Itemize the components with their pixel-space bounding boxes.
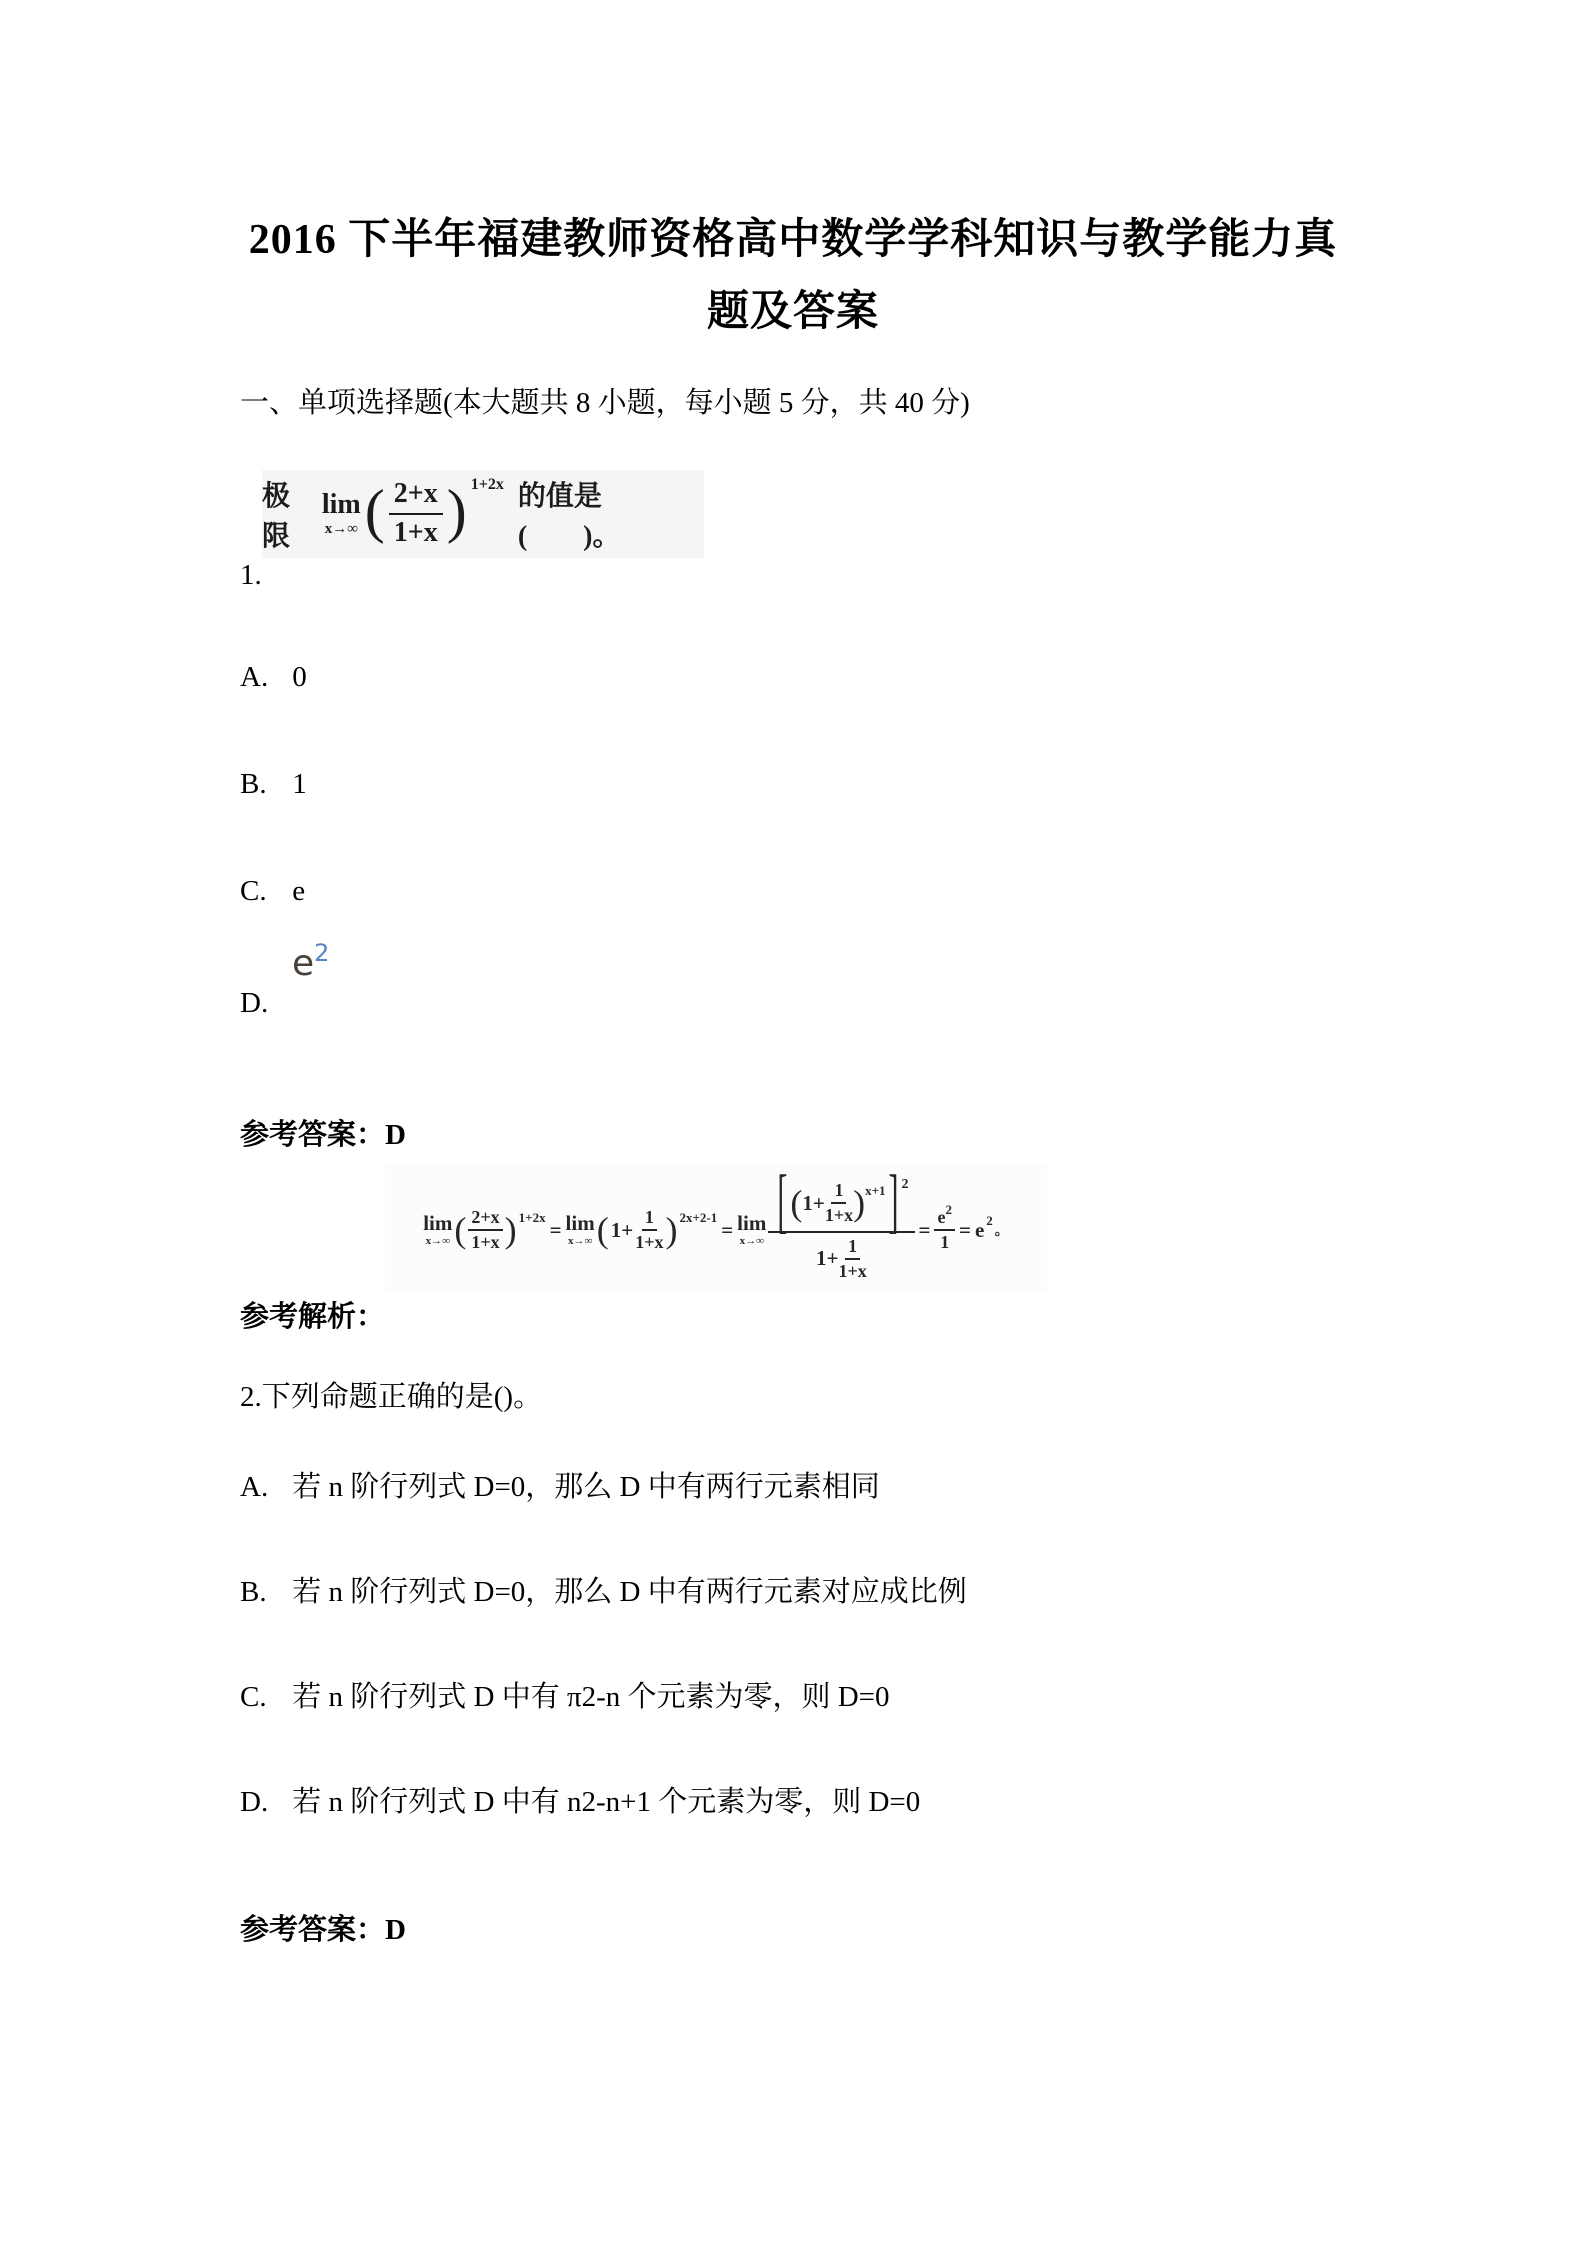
q1-option-a: A. 0 bbox=[240, 660, 307, 694]
q1-analysis-label: 参考解析： bbox=[240, 1300, 385, 1334]
q1-option-d-value-image: e2 bbox=[292, 946, 329, 982]
solution-term3: lim x→∞ [ ( 1+ 1 1+x ) x+1 ] 2 bbox=[737, 1179, 914, 1281]
fraction-numerator: 1 bbox=[845, 1237, 860, 1260]
q1-option-d: D. bbox=[240, 986, 285, 1020]
fraction: 2+x 1+x bbox=[389, 479, 443, 549]
result-base: e bbox=[975, 1218, 984, 1243]
left-bracket: [ bbox=[777, 1174, 787, 1232]
page-title-line-2: 题及答案 bbox=[0, 276, 1586, 348]
right-paren: ) bbox=[853, 1189, 865, 1218]
fraction-numerator: 2+x bbox=[389, 479, 443, 515]
fraction-denominator: 1+x bbox=[471, 1231, 499, 1252]
right-paren: ) bbox=[447, 486, 467, 537]
equals-sign: = bbox=[550, 1218, 562, 1243]
fraction-denominator: 1+x bbox=[635, 1231, 663, 1252]
option-value: 1 bbox=[292, 768, 307, 800]
option-label: D. bbox=[240, 986, 285, 1020]
result-punctuation: 。 bbox=[995, 1220, 1009, 1240]
equals-sign: = bbox=[959, 1218, 971, 1243]
q2-option-c: C. 若 n 阶行列式 D 中有 π2-n 个元素为零，则 D=0 bbox=[240, 1680, 890, 1714]
solution-term4: e2 1 bbox=[934, 1208, 955, 1252]
fraction-numerator: 1 bbox=[642, 1208, 657, 1231]
q1-solution-formula-image: lim x→∞ ( 2+x 1+x ) 1+2x = lim x→∞ ( 1+ … bbox=[385, 1166, 1047, 1294]
page-title-line-1: 2016 下半年福建教师资格高中数学学科知识与教学能力真 bbox=[0, 204, 1586, 276]
answer-label: 参考答案： bbox=[240, 1119, 385, 1151]
lim-subscript: x→∞ bbox=[325, 522, 358, 537]
exam-document-page: 2016 下半年福建教师资格高中数学学科知识与教学能力真 题及答案 一、单项选择… bbox=[0, 0, 1586, 2244]
question1-number: 1. bbox=[240, 558, 262, 592]
fraction-numerator: 2+x bbox=[468, 1208, 502, 1231]
answer-value: D bbox=[385, 1119, 406, 1151]
exponent: 2x+2-1 bbox=[679, 1210, 717, 1226]
limit-operator: lim x→∞ bbox=[737, 1213, 766, 1247]
left-paren: ( bbox=[597, 1216, 609, 1245]
fraction-denominator: 1+x bbox=[839, 1260, 867, 1281]
option-text: 若 n 阶行列式 D 中有 n2-n+1 个元素为零，则 D=0 bbox=[292, 1786, 920, 1818]
term3-pre: 1+ bbox=[802, 1191, 824, 1216]
question2-text: 2.下列命题正确的是()。 bbox=[240, 1380, 542, 1414]
e-squared-base: e bbox=[292, 943, 314, 984]
option-label: C. bbox=[240, 1680, 285, 1714]
result-exponent: 2 bbox=[986, 1213, 993, 1229]
left-paren: ( bbox=[454, 1216, 466, 1245]
q2-option-b: B. 若 n 阶行列式 D=0，那么 D 中有两行元素对应成比例 bbox=[240, 1575, 967, 1609]
solution-term2: lim x→∞ ( 1+ 1 1+x ) 2x+2-1 bbox=[566, 1208, 718, 1252]
equals-sign: = bbox=[919, 1218, 931, 1243]
section-heading: 一、单项选择题(本大题共 8 小题，每小题 5 分，共 40 分) bbox=[240, 386, 970, 420]
left-paren: ( bbox=[790, 1189, 802, 1218]
lim-subscript: x→∞ bbox=[426, 1236, 450, 1247]
fraction: 1 1+x bbox=[825, 1181, 853, 1225]
q2-answer-line: 参考答案：D bbox=[240, 1913, 406, 1947]
fraction: 1 1+x bbox=[839, 1237, 867, 1281]
q1-formula-suffix: 的值是( )。 bbox=[518, 474, 704, 554]
equals-sign: = bbox=[721, 1218, 733, 1243]
outer-exponent: 2 bbox=[902, 1177, 909, 1193]
left-paren: ( bbox=[365, 486, 385, 537]
e-exponent: 2 bbox=[945, 1202, 952, 1217]
q1-option-c: C. e bbox=[240, 874, 305, 908]
lim-word: lim bbox=[566, 1213, 595, 1234]
fraction-denominator: 1 bbox=[940, 1231, 949, 1252]
option-text: 若 n 阶行列式 D=0，那么 D 中有两行元素相同 bbox=[292, 1471, 880, 1503]
e-squared-exponent: 2 bbox=[314, 939, 329, 967]
lim-subscript: x→∞ bbox=[740, 1236, 764, 1247]
q1-option-b: B. 1 bbox=[240, 767, 307, 801]
right-paren: ) bbox=[665, 1216, 677, 1245]
option-label: C. bbox=[240, 874, 285, 908]
option-value: e bbox=[292, 875, 305, 907]
fraction-denominator: 1+x bbox=[825, 1204, 853, 1225]
fraction-numerator: e2 bbox=[934, 1208, 955, 1231]
right-paren: ) bbox=[505, 1216, 517, 1245]
lim-word: lim bbox=[322, 491, 361, 519]
lim-subscript: x→∞ bbox=[568, 1236, 592, 1247]
fraction: 1 1+x bbox=[635, 1208, 663, 1252]
lim-word: lim bbox=[737, 1213, 766, 1234]
option-value: 0 bbox=[292, 661, 307, 693]
option-text: 若 n 阶行列式 D=0，那么 D 中有两行元素对应成比例 bbox=[292, 1576, 967, 1608]
q1-answer-line: 参考答案：D bbox=[240, 1118, 406, 1152]
fraction-denominator: 1+x bbox=[394, 515, 438, 549]
exponent: 1+2x bbox=[471, 476, 504, 494]
option-label: D. bbox=[240, 1785, 285, 1819]
term3-den-pre: 1+ bbox=[816, 1246, 838, 1271]
fraction: e2 1 bbox=[934, 1208, 955, 1252]
solution-result: e2。 bbox=[975, 1218, 1009, 1243]
question1-formula-image: 极限 lim x→∞ ( 2+x 1+x ) 1+2x 的值是( )。 bbox=[262, 470, 704, 558]
inner-exponent: x+1 bbox=[865, 1183, 885, 1199]
q2-option-d: D. 若 n 阶行列式 D 中有 n2-n+1 个元素为零，则 D=0 bbox=[240, 1785, 920, 1819]
right-bracket: ] bbox=[889, 1174, 899, 1232]
answer-label: 参考答案： bbox=[240, 1914, 385, 1946]
limit-operator: lim x→∞ bbox=[322, 491, 361, 537]
option-text: 若 n 阶行列式 D 中有 π2-n 个元素为零，则 D=0 bbox=[292, 1681, 889, 1713]
q1-formula-prefix: 极限 bbox=[262, 474, 318, 554]
option-label: A. bbox=[240, 1470, 285, 1504]
limit-operator: lim x→∞ bbox=[566, 1213, 595, 1247]
big-fraction-denominator: 1+ 1 1+x bbox=[816, 1233, 867, 1281]
lim-word: lim bbox=[423, 1213, 452, 1234]
big-fraction: [ ( 1+ 1 1+x ) x+1 ] 2 1+ 1 1+x bbox=[768, 1179, 914, 1281]
fraction-numerator: 1 bbox=[831, 1181, 846, 1204]
term2-pre: 1+ bbox=[611, 1218, 633, 1243]
q2-option-a: A. 若 n 阶行列式 D=0，那么 D 中有两行元素相同 bbox=[240, 1470, 880, 1504]
solution-term1: lim x→∞ ( 2+x 1+x ) 1+2x bbox=[423, 1208, 545, 1252]
option-label: B. bbox=[240, 767, 285, 801]
limit-operator: lim x→∞ bbox=[423, 1213, 452, 1247]
fraction: 2+x 1+x bbox=[468, 1208, 502, 1252]
option-label: A. bbox=[240, 660, 285, 694]
big-fraction-numerator: [ ( 1+ 1 1+x ) x+1 ] 2 bbox=[768, 1179, 914, 1233]
exponent: 1+2x bbox=[519, 1210, 546, 1226]
answer-value: D bbox=[385, 1914, 406, 1946]
option-label: B. bbox=[240, 1575, 285, 1609]
